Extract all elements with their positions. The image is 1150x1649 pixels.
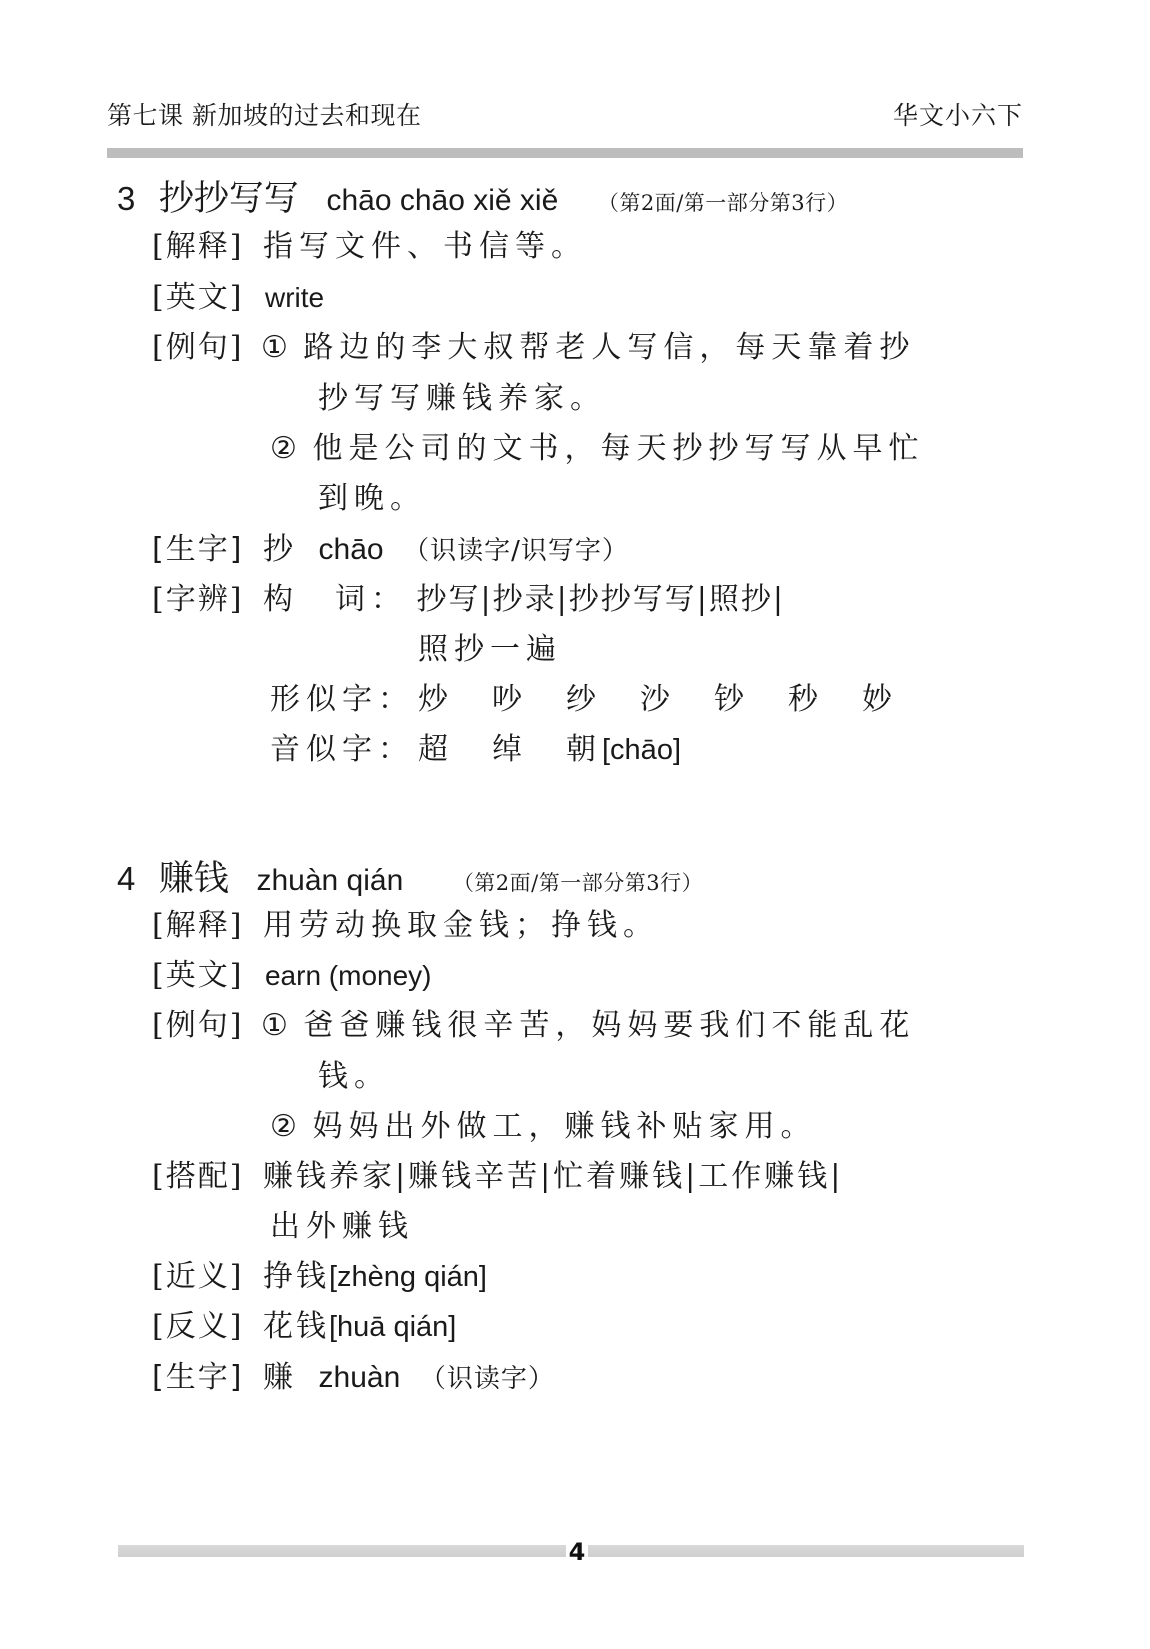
similar-sound-char: 超 <box>418 735 492 765</box>
example-continuation: 到晚。 <box>318 484 426 514</box>
explanation-row: [解释] 用劳动换取金钱；挣钱。 <box>152 911 659 941</box>
example-marker: ① <box>261 1008 294 1043</box>
example-row-2: ② 他是公司的文书，每天抄抄写写从早忙 <box>270 434 924 464</box>
entry-word: 赚钱 <box>159 859 229 899</box>
similar-sound-pinyin: [chāo] <box>602 734 681 766</box>
new-char-pinyin: zhuàn <box>319 1361 401 1394</box>
new-char-row: [生字] 赚 zhuàn （识读字） <box>152 1363 555 1393</box>
word-forming-row: [字辨] 构 词： 抄写|抄录|抄抄写写|照抄| <box>152 585 785 615</box>
word-forming-continuation: 照抄一遍 <box>418 635 562 665</box>
antonym-row: [反义] 花钱[huā qián] <box>152 1312 456 1342</box>
new-char-tag: [生字] <box>152 532 243 567</box>
example-marker: ② <box>270 431 303 466</box>
example-row-2: ② 妈妈出外做工，赚钱补贴家用。 <box>270 1112 816 1142</box>
entry-title-row: 3 抄抄写写 chāo chāo xiě xiě （第2面/第一部分第3行） <box>117 182 848 217</box>
english-tag: [英文] <box>152 958 243 993</box>
synonym-pinyin: [zhèng qián] <box>329 1261 487 1293</box>
antonym-word: 花钱 <box>263 1309 329 1344</box>
similar-sound-char: 朝 <box>566 732 602 767</box>
word-forming-list: 抄写|抄录|抄抄写写|照抄| <box>417 582 785 617</box>
similar-shape-char: 炒 <box>418 685 492 715</box>
new-char-note: （识读字/识写字） <box>403 536 629 566</box>
entry-word: 抄抄写写 <box>159 179 299 219</box>
similar-shape-char: 吵 <box>492 685 566 715</box>
entry-number: 4 <box>117 860 135 897</box>
example-continuation: 抄写写赚钱养家。 <box>318 384 606 414</box>
example-text: 他是公司的文书，每天抄抄写写从早忙 <box>312 431 924 466</box>
english-text: write <box>265 282 324 313</box>
page-number: 4 <box>566 1538 588 1566</box>
similar-shape-char: 纱 <box>566 685 640 715</box>
antonym-pinyin: [huā qián] <box>329 1311 456 1343</box>
similar-shape-char: 钞 <box>714 685 788 715</box>
similar-sound-row: 音似字：超绰朝[chāo] <box>270 735 681 765</box>
example-marker: ② <box>270 1109 303 1144</box>
example-row-1: [例句] ① 爸爸赚钱很辛苦，妈妈要我们不能乱花 <box>152 1011 915 1041</box>
example-continuation: 钱。 <box>318 1062 390 1092</box>
explanation-tag: [解释] <box>152 229 243 264</box>
entry-title-row: 4 赚钱 zhuàn qián （第2面/第一部分第3行） <box>117 862 703 897</box>
entry-number: 3 <box>117 180 135 217</box>
example-text: 路边的李大叔帮老人写信，每天靠着抄 <box>303 330 915 365</box>
example-marker: ① <box>261 330 294 365</box>
collocation-continuation: 出外赚钱 <box>270 1212 414 1242</box>
book-title: 华文小六下 <box>893 96 1023 132</box>
explanation-tag: [解释] <box>152 908 243 943</box>
english-row: [英文] earn (money) <box>152 961 431 991</box>
examples-tag: [例句] <box>152 330 243 365</box>
english-row: [英文] write <box>152 283 324 313</box>
new-char-tag: [生字] <box>152 1360 243 1395</box>
collocation-list: 赚钱养家|赚钱辛苦|忙着赚钱|工作赚钱| <box>263 1159 843 1194</box>
new-char-note: （识读字） <box>420 1364 555 1394</box>
similar-shape-char: 沙 <box>640 685 714 715</box>
synonym-tag: [近义] <box>152 1259 243 1294</box>
similar-sound-char: 绰 <box>492 735 566 765</box>
collocation-row: [搭配] 赚钱养家|赚钱辛苦|忙着赚钱|工作赚钱| <box>152 1162 843 1192</box>
similar-shape-char: 妙 <box>862 685 936 715</box>
entry-reference: （第2面/第一部分第3行） <box>598 191 848 215</box>
english-tag: [英文] <box>152 280 243 315</box>
synonym-word: 挣钱 <box>263 1259 329 1294</box>
similar-shape-label: 形似字： <box>270 685 418 715</box>
example-row-1: [例句] ① 路边的李大叔帮老人写信，每天靠着抄 <box>152 333 915 363</box>
similar-sound-label: 音似字： <box>270 735 418 765</box>
new-char: 抄 <box>263 532 299 567</box>
distinguish-tag: [字辨] <box>152 582 243 617</box>
examples-tag: [例句] <box>152 1008 243 1043</box>
explanation-row: [解释] 指写文件、书信等。 <box>152 232 587 262</box>
entry-pinyin: chāo chāo xiě xiě <box>326 184 558 217</box>
header-divider <box>107 148 1023 158</box>
new-char-row: [生字] 抄 chāo （识读字/识写字） <box>152 535 629 565</box>
similar-shape-char: 秒 <box>788 685 862 715</box>
new-char-pinyin: chāo <box>319 533 384 566</box>
example-text: 爸爸赚钱很辛苦，妈妈要我们不能乱花 <box>303 1008 915 1043</box>
lesson-title: 第七课 新加坡的过去和现在 <box>107 96 421 132</box>
explanation-text: 用劳动换取金钱；挣钱。 <box>263 908 659 943</box>
entry-pinyin: zhuàn qián <box>256 864 403 897</box>
new-char: 赚 <box>263 1360 299 1395</box>
explanation-text: 指写文件、书信等。 <box>263 229 587 264</box>
word-forming-label: 构 词： <box>263 582 407 617</box>
antonym-tag: [反义] <box>152 1309 243 1344</box>
synonym-row: [近义] 挣钱[zhèng qián] <box>152 1262 487 1292</box>
collocation-tag: [搭配] <box>152 1159 243 1194</box>
example-text: 妈妈出外做工，赚钱补贴家用。 <box>312 1109 816 1144</box>
entry-reference: （第2面/第一部分第3行） <box>453 871 703 895</box>
similar-shape-row: 形似字：炒吵纱沙钞秒妙 <box>270 685 936 715</box>
page-header: 第七课 新加坡的过去和现在 华文小六下 <box>107 96 1023 136</box>
english-text: earn (money) <box>265 960 432 991</box>
